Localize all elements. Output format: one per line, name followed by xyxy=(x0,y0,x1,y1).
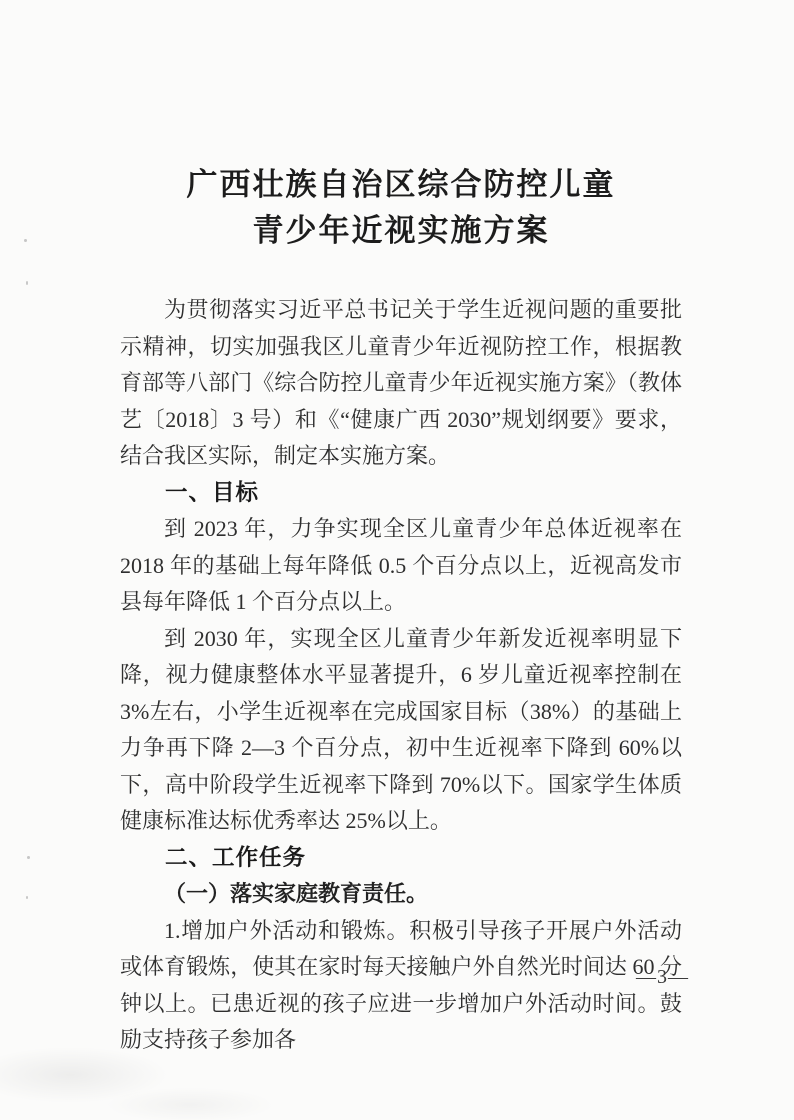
document-page: 广西壮族自治区综合防控儿童 青少年近视实施方案 为贯彻落实习近平总书记关于学生近… xyxy=(0,0,794,1120)
item-1-paragraph: 1.增加户外活动和锻炼。积极引导孩子开展户外活动或体育锻炼，使其在家时每天接触户… xyxy=(120,913,682,1059)
document-title: 广西壮族自治区综合防控儿童 青少年近视实施方案 xyxy=(120,162,682,254)
goal-2030-paragraph: 到 2030 年，实现全区儿童青少年新发近视率明显下降，视力健康整体水平显著提升… xyxy=(120,621,682,840)
document-title-line-2: 青少年近视实施方案 xyxy=(120,208,682,254)
subsection-1-heading: （一）落实家庭教育责任。 xyxy=(120,876,682,913)
intro-paragraph: 为贯彻落实习近平总书记关于学生近视问题的重要批示精神，切实加强我区儿童青少年近视… xyxy=(120,292,682,475)
scan-speck xyxy=(27,856,30,859)
document-title-line-1: 广西壮族自治区综合防控儿童 xyxy=(120,162,682,208)
scan-speck xyxy=(26,281,28,285)
goal-2023-paragraph: 到 2023 年，力争实现全区儿童青少年总体近视率在 2018 年的基础上每年降… xyxy=(120,511,682,621)
document-body: 为贯彻落实习近平总书记关于学生近视问题的重要批示精神，切实加强我区儿童青少年近视… xyxy=(120,292,682,1059)
section-2-heading: 二、工作任务 xyxy=(120,840,682,877)
document-content: 广西壮族自治区综合防控儿童 青少年近视实施方案 为贯彻落实习近平总书记关于学生近… xyxy=(120,162,682,1059)
scan-speck xyxy=(24,239,27,242)
section-1-heading: 一、目标 xyxy=(120,475,682,512)
page-number: —3— xyxy=(636,966,689,989)
scan-speck xyxy=(26,896,28,899)
